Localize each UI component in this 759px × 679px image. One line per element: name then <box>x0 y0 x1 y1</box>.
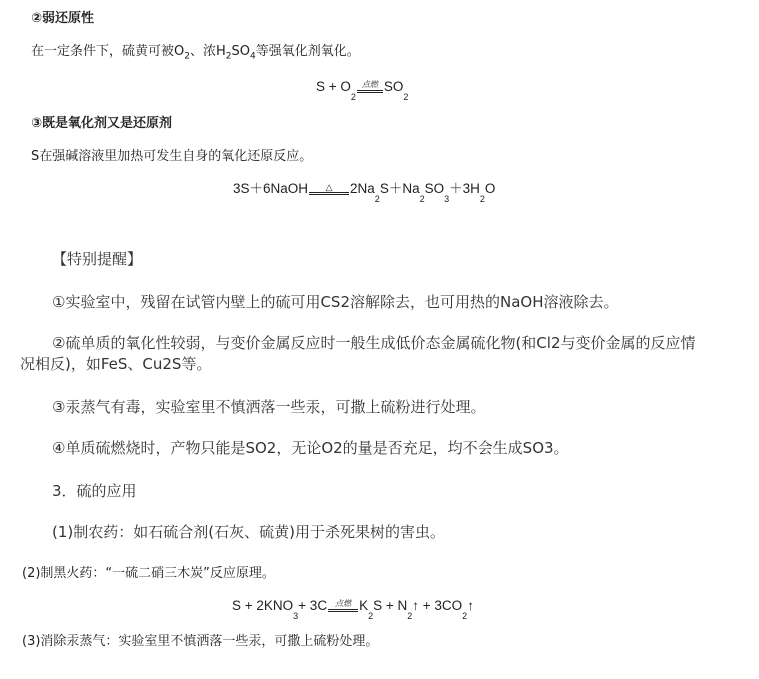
application-item-2: (2)制黑火药：“一硫二硝三木炭”反应原理。 <box>22 565 275 583</box>
text-both-agent: S在强碱溶液里加热可发生自身的氧化还原反应。 <box>31 148 312 166</box>
heading-weak-reduction: ②弱还原性 <box>31 10 94 28</box>
reaction-condition-heat: △ <box>309 183 349 195</box>
special-reminder-title: 【特别提醒】 <box>52 249 142 269</box>
applications-title: 3．硫的应用 <box>52 481 137 501</box>
application-item-1: (1)制农药：如石硫合剂(石灰、硫黄)用于杀死果树的害虫。 <box>52 522 445 542</box>
equation-gunpowder: S + 2KNO3 + 3C 点燃 K2S + N2↑ + 3CO2↑ <box>232 596 474 616</box>
reaction-condition-ignite: 点燃 <box>357 81 383 93</box>
application-item-3: (3)消除汞蒸气：实验室里不慎洒落一些汞，可撒上硫粉处理。 <box>22 633 378 651</box>
reminder-item-2: ②硫单质的氧化性较弱，与变价金属反应时一般生成低价态金属硫化物(和Cl2与变价金… <box>52 333 696 353</box>
reminder-item-2-cont: 况相反)，如FeS、Cu2S等。 <box>20 354 211 374</box>
reminder-item-1: ①实验室中，残留在试管内壁上的硫可用CS2溶解除去，也可用热的NaOH溶液除去。 <box>52 292 619 312</box>
reaction-condition-ignite: 点燃 <box>328 600 358 612</box>
equation-s-o2: S + O2 点燃 SO2 <box>316 77 408 97</box>
reminder-item-4: ④单质硫燃烧时，产物只能是SO2，无论O2的量是否充足，均不会生成SO3。 <box>52 438 569 458</box>
equation-s-naoh: 3S＋6NaOH △ 2Na2S＋Na2SO3＋3H2O <box>233 179 495 199</box>
reminder-item-3: ③汞蒸气有毒，实验室里不慎洒落一些汞，可撒上硫粉进行处理。 <box>52 397 485 417</box>
heading-both-agent: ③既是氧化剂又是还原剂 <box>31 115 172 133</box>
text-weak-reduction: 在一定条件下，硫黄可被O2、浓H2SO4等强氧化剂氧化。 <box>31 43 360 66</box>
